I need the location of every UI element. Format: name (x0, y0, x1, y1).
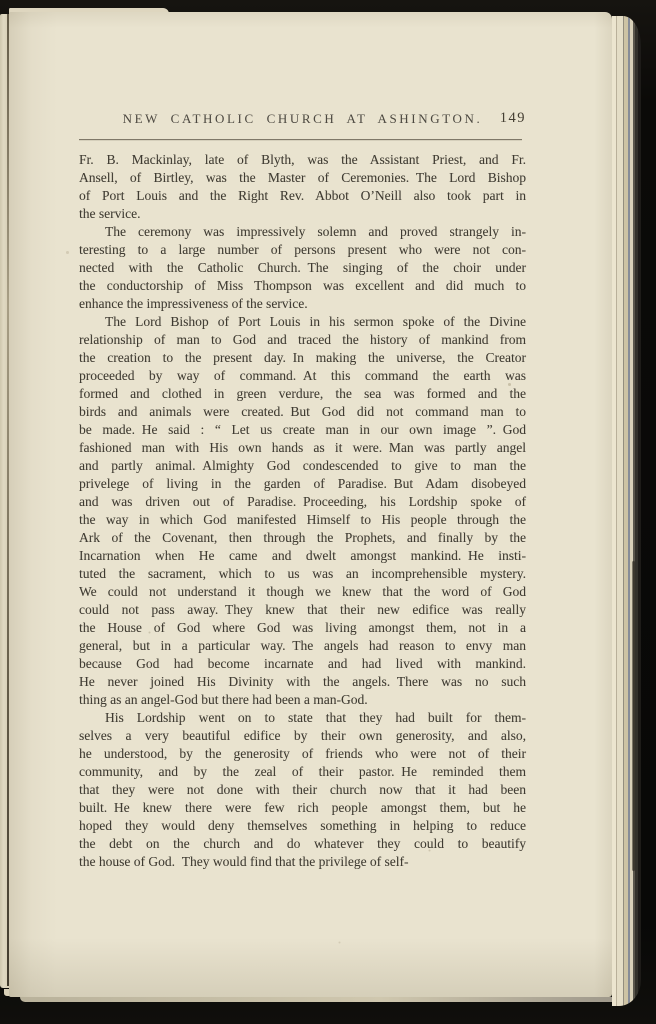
text-line: privelege of living in the garden of Par… (79, 475, 526, 493)
text-line: could not pass away. They knew that thei… (79, 601, 526, 619)
text-line: The Lord Bishop of Port Louis in his ser… (79, 313, 526, 331)
text-line: of Port Louis and the Right Rev. Abbot O… (79, 187, 526, 205)
book-scan-photo: NEW CATHOLIC CHURCH AT ASHINGTON. 149 Fr… (0, 0, 656, 1024)
paragraph: The ceremony was impressively solemn and… (79, 223, 526, 313)
text-line: because God had become incarnate and had… (79, 655, 526, 673)
text-line: the creation to the present day. In maki… (79, 349, 526, 367)
page-number: 149 (500, 110, 526, 127)
text-line: the service. (79, 205, 526, 223)
running-title: NEW CATHOLIC CHURCH AT ASHINGTON. (79, 111, 526, 127)
running-head: NEW CATHOLIC CHURCH AT ASHINGTON. 149 (79, 111, 526, 131)
text-line: the House of God where God was living am… (79, 619, 526, 637)
text-line: the conductorship of Miss Thompson was e… (79, 277, 526, 295)
text-line: he understood, by the generosity of frie… (79, 745, 526, 763)
text-line: fashioned man with His own hands as it w… (79, 439, 526, 457)
text-line: the house of God. They would find that t… (79, 853, 526, 871)
text-line: proceeded by way of command. At this com… (79, 367, 526, 385)
text-line: that they were not done with their churc… (79, 781, 526, 799)
text-line: Fr. B. Mackinlay, late of Blyth, was the… (79, 151, 526, 169)
paper-specks (9, 12, 10, 13)
text-line: thing as an angel-God but there had been… (79, 691, 526, 709)
text-line: built. He knew there were few rich peopl… (79, 799, 526, 817)
text-line: and was driven out of Paradise. Proceedi… (79, 493, 526, 511)
text-line: relationship of man to God and traced th… (79, 331, 526, 349)
text-line: We could not understand it though we kne… (79, 583, 526, 601)
text-line: enhance the impressiveness of the servic… (79, 295, 526, 313)
text-line: formed and clothed in green verdure, the… (79, 385, 526, 403)
header-rule (79, 139, 522, 140)
text-line: tuted the sacrament, which to us was an … (79, 565, 526, 583)
text-line: Ark of the Covenant, then through the Pr… (79, 529, 526, 547)
text-line: He never joined His Divinity with the an… (79, 673, 526, 691)
paragraph: The Lord Bishop of Port Louis in his ser… (79, 313, 526, 709)
text-line: general, but in a particular way. The an… (79, 637, 526, 655)
page-edge-stack (612, 16, 641, 1006)
text-line: the way in which God manifested Himself … (79, 511, 526, 529)
text-line: hoped they would deny themselves somethi… (79, 817, 526, 835)
text-line: and partly animal. Almighty God condesce… (79, 457, 526, 475)
text-line: The ceremony was impressively solemn and… (79, 223, 526, 241)
text-line: the debt on the church and do whatever t… (79, 835, 526, 853)
paragraph: His Lordship went on to state that they … (79, 709, 526, 871)
text-line: nected with the Catholic Church. The sin… (79, 259, 526, 277)
page-body: Fr. B. Mackinlay, late of Blyth, was the… (79, 151, 526, 871)
text-line: His Lordship went on to state that they … (79, 709, 526, 727)
text-line: selves a very beautiful edifice by their… (79, 727, 526, 745)
text-line: Ansell, of Birtley, was the Master of Ce… (79, 169, 526, 187)
paragraph: Fr. B. Mackinlay, late of Blyth, was the… (79, 151, 526, 223)
page-bottom-edge (20, 997, 621, 1002)
text-line: be made. He said : “ Let us create man i… (79, 421, 526, 439)
text-line: teresting to a large number of persons p… (79, 241, 526, 259)
text-line: birds and animals were created. But God … (79, 403, 526, 421)
text-line: Incarnation when He came and dwelt among… (79, 547, 526, 565)
text-line: community, and by the zeal of their past… (79, 763, 526, 781)
